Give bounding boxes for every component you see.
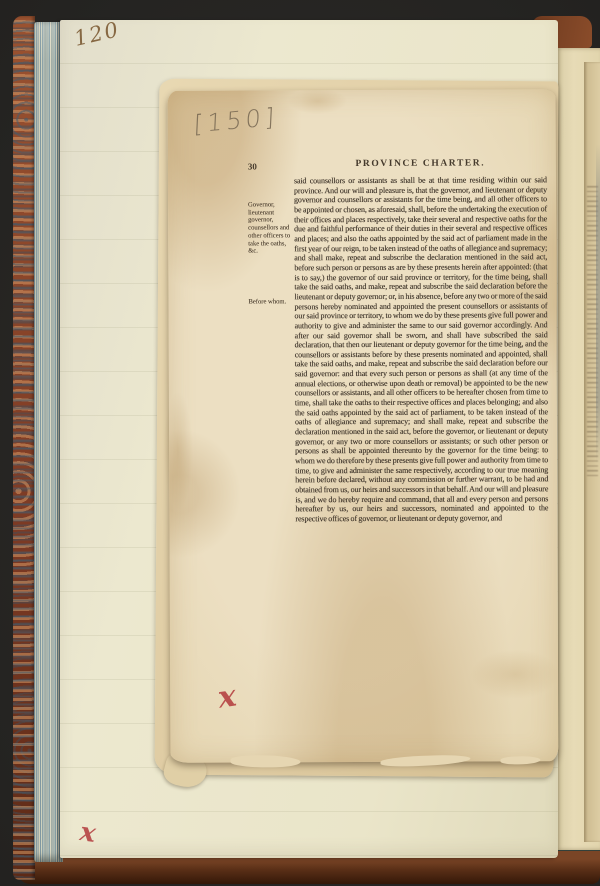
document-body-text: said counsellors or assistants as shall … [294,175,549,524]
paper-stain [288,88,348,114]
running-head: PROVINCE CHARTER. [294,158,547,169]
red-check-mark-document: x [216,681,238,713]
facing-leaf-edge [556,48,600,850]
book-spine-marbled-edge [13,16,35,880]
photo-background: 120 x [150] 30 PROVINCE CHARTER. Governo… [0,0,600,886]
margin-note-before-whom: Before whom. [248,298,293,306]
gutter-shadow [596,144,600,464]
inserted-document-page: [150] 30 PROVINCE CHARTER. Governor, lie… [168,89,559,763]
margin-note-oaths: Governor, lieutenant governor, counsello… [248,201,293,255]
red-check-mark-album: x [78,819,97,847]
paper-stain [470,649,560,699]
insert-number-handwritten: [150] [193,103,279,139]
document-page-number: 30 [248,161,257,171]
album-page-number-handwritten: 120 [72,17,122,51]
page-edges-stack [34,22,63,862]
